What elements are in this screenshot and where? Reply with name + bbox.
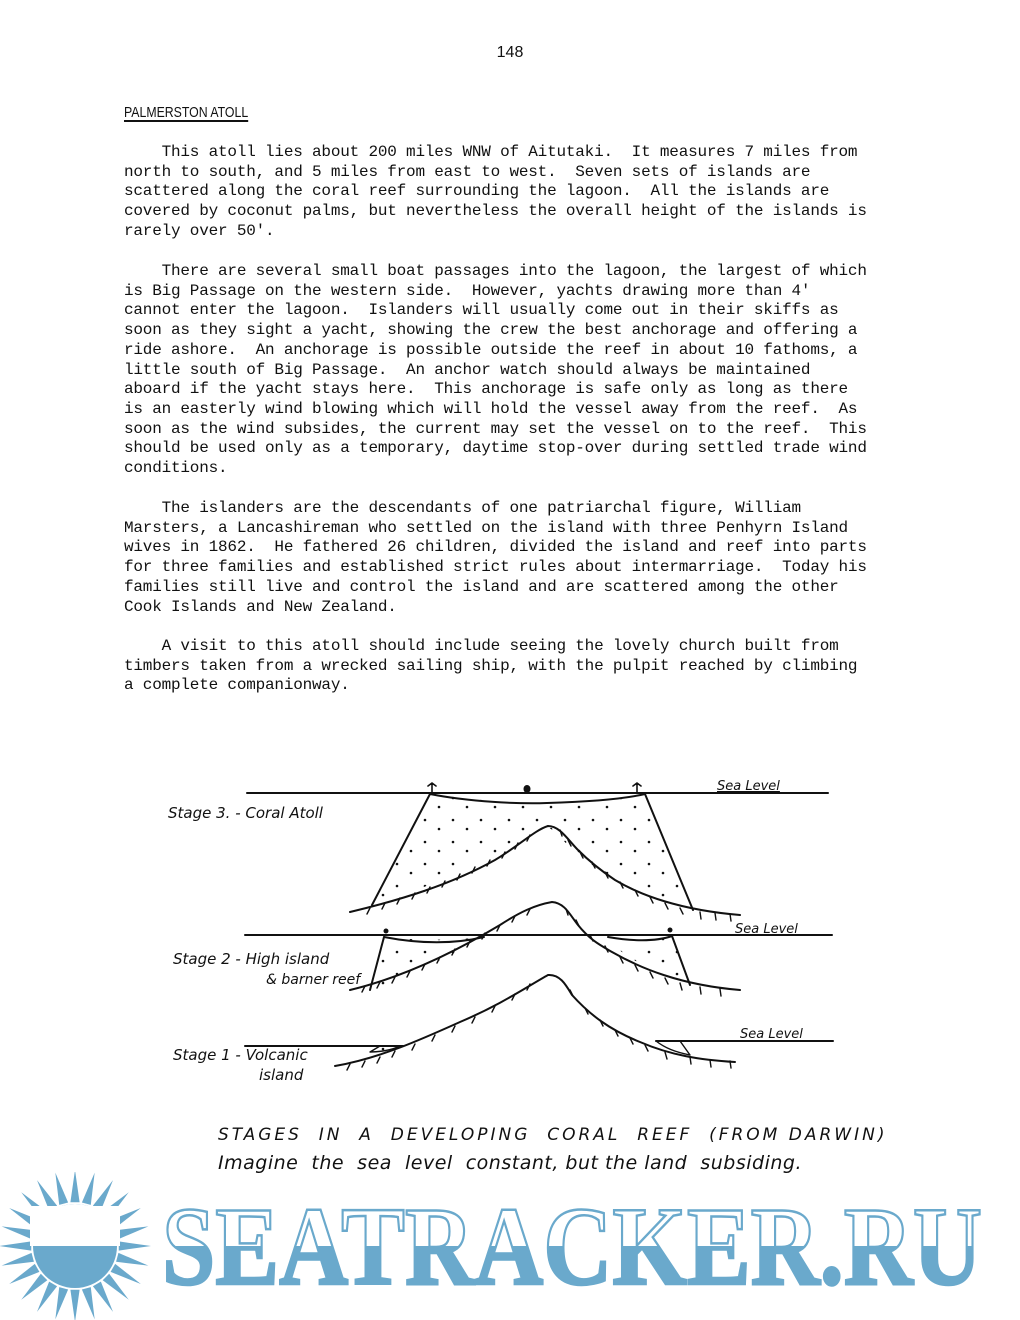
text-line: for three families and established stric…: [124, 558, 914, 578]
text-line: This atoll lies about 200 miles WNW of A…: [124, 143, 914, 163]
paragraph-passages: There are several small boat passages in…: [124, 262, 914, 479]
text-line: cannot enter the lagoon. Islanders will …: [124, 301, 914, 321]
stage2-label-line2: & barner reef: [266, 972, 362, 988]
stage3-label: Stage 3. - Coral Atoll: [168, 804, 324, 822]
text-line: families still live and control the isla…: [124, 578, 914, 598]
stage1-sea-level-label: Sea Level: [740, 1027, 803, 1042]
text-line: rarely over 50'.: [124, 222, 914, 242]
sun-over-sea-icon: [0, 1172, 151, 1320]
text-line: conditions.: [124, 459, 914, 479]
text-line: north to south, and 5 miles from east to…: [124, 163, 914, 183]
text-line: ride ashore. An anchorage is possible ou…: [124, 341, 914, 361]
stage3-drawing: [247, 783, 828, 921]
text-line: A visit to this atoll should include see…: [124, 637, 914, 657]
text-line: soon as the wind subsides, the current m…: [124, 420, 914, 440]
coral-reef-stages-diagram: Stage 3. - Coral Atoll Sea Level Stage 2…: [0, 760, 1020, 1120]
seatracker-watermark: SEATRACKER.RU SEATRACKER.RU: [0, 1172, 1020, 1320]
text-line: should be used only as a temporary, dayt…: [124, 439, 914, 459]
text-line: is Big Passage on the western side. Howe…: [124, 282, 914, 302]
stage2-sea-level-label: Sea Level: [735, 922, 798, 937]
page-number: 148: [0, 44, 1020, 62]
text-line: wives in 1862. He fathered 26 children, …: [124, 538, 914, 558]
paragraph-intro: This atoll lies about 200 miles WNW of A…: [124, 143, 914, 242]
stage1-drawing: [245, 975, 833, 1070]
text-line: little south of Big Passage. An anchor w…: [124, 361, 914, 381]
text-line: The islanders are the descendants of one…: [124, 499, 914, 519]
section-heading: PALMERSTON ATOLL: [124, 104, 248, 121]
stage3-sea-level-label: Sea Level: [717, 779, 780, 794]
watermark-text: SEATRACKER.RU SEATRACKER.RU: [162, 1185, 982, 1309]
stage1-label-line1: Stage 1 - Volcanic: [173, 1046, 308, 1064]
text-line: timbers taken from a wrecked sailing shi…: [124, 657, 914, 677]
text-line: soon as they sight a yacht, showing the …: [124, 321, 914, 341]
text-line: a complete companionway.: [124, 676, 914, 696]
paragraph-church: A visit to this atoll should include see…: [124, 637, 914, 696]
text-line: is an easterly wind blowing which will h…: [124, 400, 914, 420]
text-line: There are several small boat passages in…: [124, 262, 914, 282]
text-line: Marsters, a Lancashireman who settled on…: [124, 519, 914, 539]
text-line: aboard if the yacht stays here. This anc…: [124, 380, 914, 400]
svg-text:SEATRACKER.RU: SEATRACKER.RU: [162, 1185, 982, 1309]
paragraph-islanders: The islanders are the descendants of one…: [124, 499, 914, 617]
text-line: covered by coconut palms, but neverthele…: [124, 202, 914, 222]
diagram-caption-note: Imagine the sea level constant, but the …: [218, 1152, 802, 1174]
text-line: scattered along the coral reef surroundi…: [124, 182, 914, 202]
stage2-label-line1: Stage 2 - High island: [173, 950, 330, 968]
text-line: Cook Islands and New Zealand.: [124, 598, 914, 618]
diagram-caption-title: STAGES IN A DEVELOPING CORAL REEF (FROM …: [218, 1125, 887, 1145]
stage1-label-line2: island: [259, 1066, 304, 1084]
